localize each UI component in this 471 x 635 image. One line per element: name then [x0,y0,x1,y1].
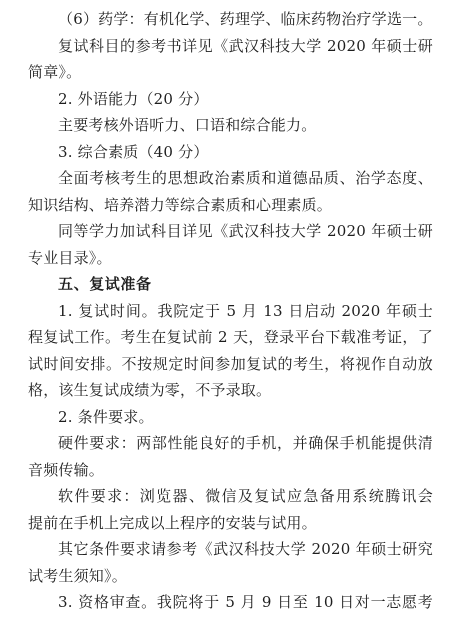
text-line: 格，该生复试成绩为零，不予录取。 [28,377,433,404]
text-line: 提前在手机上完成以上程序的安装与试用。 [28,510,433,537]
text-line: 2. 外语能力（20 分） [28,86,433,113]
text-line: 专业目录》。 [28,245,433,272]
text-line: 软件要求：浏览器、微信及复试应急备用系统腾讯会议，考生须 [28,483,433,510]
text-line: 知识结构、培养潜力等综合素质和心理素质。 [28,192,433,219]
text-line: 试时间安排。不按规定时间参加复试的考生，将视作自动放弃复试资 [28,351,433,378]
text-line: 3. 资格审查。我院将于 5 月 9 日至 10 日对一志愿考生进行资格 [28,589,433,616]
text-line: 程复试工作。考生在复试前 2 天，登录平台下载准考证，了解具体复 [28,324,433,351]
text-line: 1. 复试时间。我院定于 5 月 13 日启动 2020 年硕士研究生网络远 [28,298,433,325]
text-line: （6）药学：有机化学、药理学、临床药物治疗学选一。 [28,6,433,33]
text-line: 试考生须知》。 [28,563,433,590]
text-line: 全面考核考生的思想政治素质和道德品质、治学态度、专业思想、 [28,165,433,192]
text-line: 简章》。 [28,59,433,86]
text-line: 硬件要求：两部性能良好的手机，并确保手机能提供清晰的视频 [28,430,433,457]
text-line: 主要考核外语听力、口语和综合能力。 [28,112,433,139]
text-line: 复试科目的参考书详见《武汉科技大学 2020 年硕士研究生招生 [28,33,433,60]
text-line: 音频传输。 [28,457,433,484]
text-line: 同等学力加试科目详见《武汉科技大学 2020 年硕士研究生招生 [28,218,433,245]
text-line: 五、复试准备 [28,271,433,298]
text-line: 其它条件要求请参考《武汉科技大学 2020 年硕士研究生招生复 [28,536,433,563]
text-line: 2. 条件要求。 [28,404,433,431]
document-page: （6）药学：有机化学、药理学、临床药物治疗学选一。复试科目的参考书详见《武汉科技… [0,0,471,635]
text-line: 3. 综合素质（40 分） [28,139,433,166]
